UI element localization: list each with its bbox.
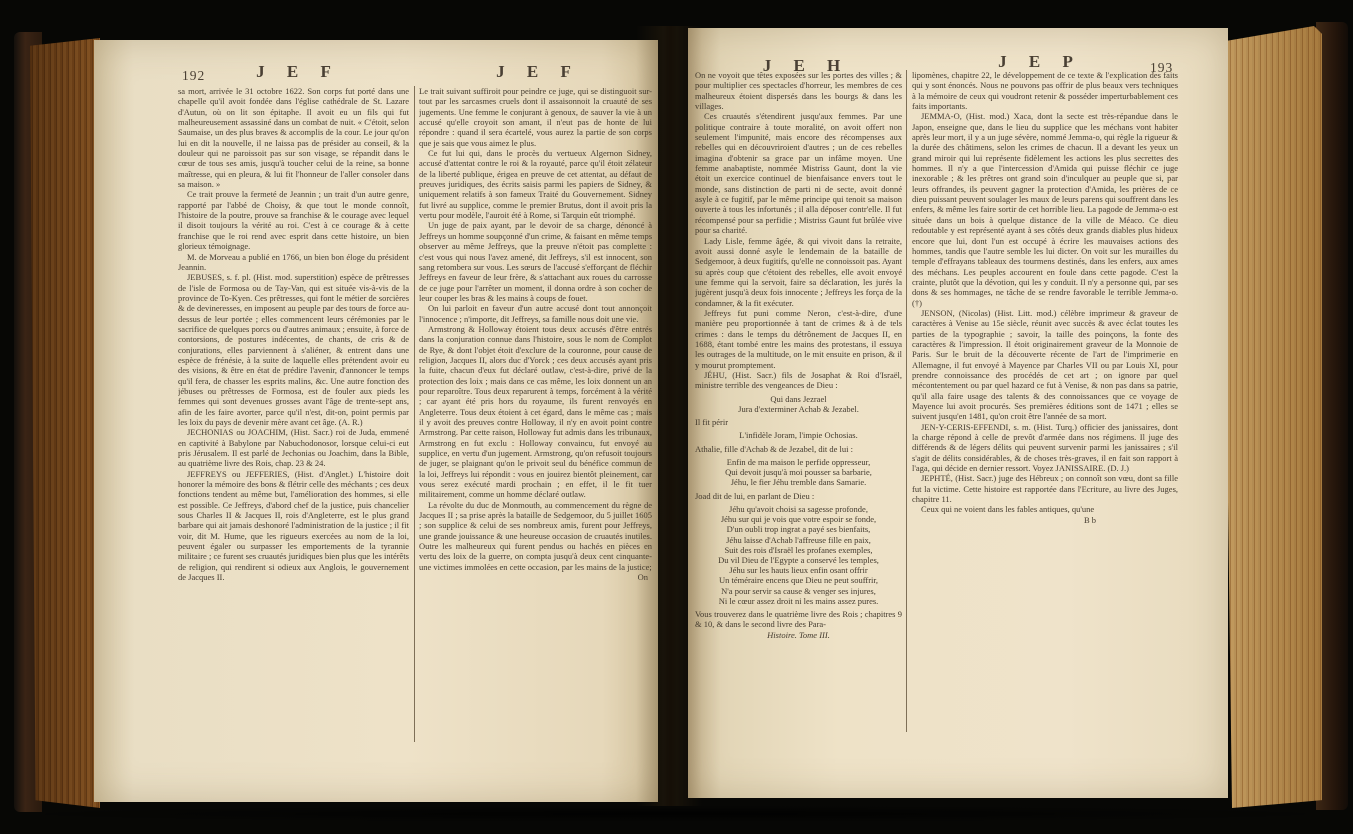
- paragraph: JEPHTÉ, (Hist. Sacr.) juge des Hébreux ;…: [912, 473, 1178, 504]
- text-column-1: sa mort, arrivée le 31 octobre 1622. Son…: [178, 86, 409, 742]
- paragraph: Il fit périr: [695, 417, 902, 427]
- right-page: J E H J E P 193 On ne voyoit que têtes e…: [688, 28, 1228, 798]
- left-page: 192 J E F J E F sa mort, arrivée le 31 o…: [94, 40, 658, 802]
- paragraph: lipomènes, chapitre 22, le développement…: [912, 70, 1178, 111]
- paragraph: Un juge de paix ayant, par le devoir de …: [419, 220, 652, 303]
- book-shadow: [20, 806, 1330, 822]
- gathering-signature: B b: [912, 515, 1178, 525]
- paragraph: JEBUSES, s. f. pl. (Hist. mod. superstit…: [178, 272, 409, 427]
- running-title-col1: J E F: [256, 62, 340, 82]
- paragraph: Ce fut lui qui, dans le procès du vertue…: [419, 148, 652, 220]
- verse-block: L'infidèle Joram, l'impie Ochosias.: [695, 430, 902, 440]
- paragraph: sa mort, arrivée le 31 octobre 1622. Son…: [178, 86, 409, 189]
- running-title-col2: J E F: [496, 62, 580, 82]
- right-page-edges: [1222, 26, 1322, 808]
- verse-block: Qui dans JezraelJura d'exterminer Achab …: [695, 394, 902, 414]
- paragraph: Le trait suivant suffiroit pour peindre …: [419, 86, 652, 148]
- right-page-text: On ne voyoit que têtes exposées sur les …: [695, 70, 1181, 732]
- left-page-edges: [30, 38, 100, 808]
- paragraph: Armstrong & Holloway étoient tous deux a…: [419, 324, 652, 500]
- paragraph: JEFFREYS ou JEFFERIES, (Hist. d'Anglet.)…: [178, 469, 409, 583]
- paragraph: Ce trait prouve la fermeté de Jeannin ; …: [178, 189, 409, 251]
- paragraph: M. de Morveau a publié en 1766, un bien …: [178, 252, 409, 273]
- paragraph: JECHONIAS ou JOACHIM, (Hist. Sacr.) roi …: [178, 427, 409, 468]
- verse-block: Enfin de ma maison le perfide oppresseur…: [695, 457, 902, 488]
- text-column-4: lipomènes, chapitre 22, le développement…: [912, 70, 1178, 732]
- text-column-2: Le trait suivant suffiroit pour peindre …: [419, 86, 652, 742]
- paragraph: JEMMA-O, (Hist. mod.) Xaca, dont la sect…: [912, 111, 1178, 308]
- paragraph: Athalie, fille d'Achab & de Jezabel, dit…: [695, 444, 902, 454]
- paragraph: Lady Lisle, femme âgée, & qui vivoit dan…: [695, 236, 902, 308]
- volume-signature: Histoire. Tome III.: [695, 630, 902, 640]
- column-divider-left: [414, 86, 415, 742]
- running-title-col4: J E P: [998, 52, 1082, 72]
- paragraph: Jeffreys fut puni comme Neron, c'est-à-d…: [695, 308, 902, 370]
- paragraph: On ne voyoit que têtes exposées sur les …: [695, 70, 902, 111]
- paragraph: La révolte du duc de Monmouth, au commen…: [419, 500, 652, 572]
- paragraph: JENSON, (Nicolas) (Hist. Litt. mod.) cél…: [912, 308, 1178, 422]
- page-number-left: 192: [182, 68, 205, 84]
- left-page-text: sa mort, arrivée le 31 octobre 1622. Son…: [178, 86, 652, 742]
- catchword: On: [419, 572, 652, 582]
- book-photo: 192 J E F J E F sa mort, arrivée le 31 o…: [0, 0, 1353, 834]
- paragraph: Vous trouverez dans le quatrième livre d…: [695, 609, 902, 630]
- paragraph: JÉHU, (Hist. Sacr.) fils de Josaphat & R…: [695, 370, 902, 391]
- column-divider-right: [906, 70, 907, 732]
- paragraph: On lui parloit en faveur d'un autre accu…: [419, 303, 652, 324]
- text-column-3: On ne voyoit que têtes exposées sur les …: [695, 70, 902, 732]
- verse-block: Jéhu qu'avoit choisi sa sagesse profonde…: [695, 504, 902, 606]
- paragraph: Joad dit de lui, en parlant de Dieu :: [695, 491, 902, 501]
- paragraph: JEN-Y-CERIS-EFFENDI, s. m. (Hist. Turq.)…: [912, 422, 1178, 474]
- paragraph: Ces cruautés s'étendirent jusqu'aux femm…: [695, 111, 902, 235]
- paragraph: Ceux qui ne voient dans les fables antiq…: [912, 504, 1178, 514]
- left-running-head: 192 J E F J E F: [94, 60, 658, 86]
